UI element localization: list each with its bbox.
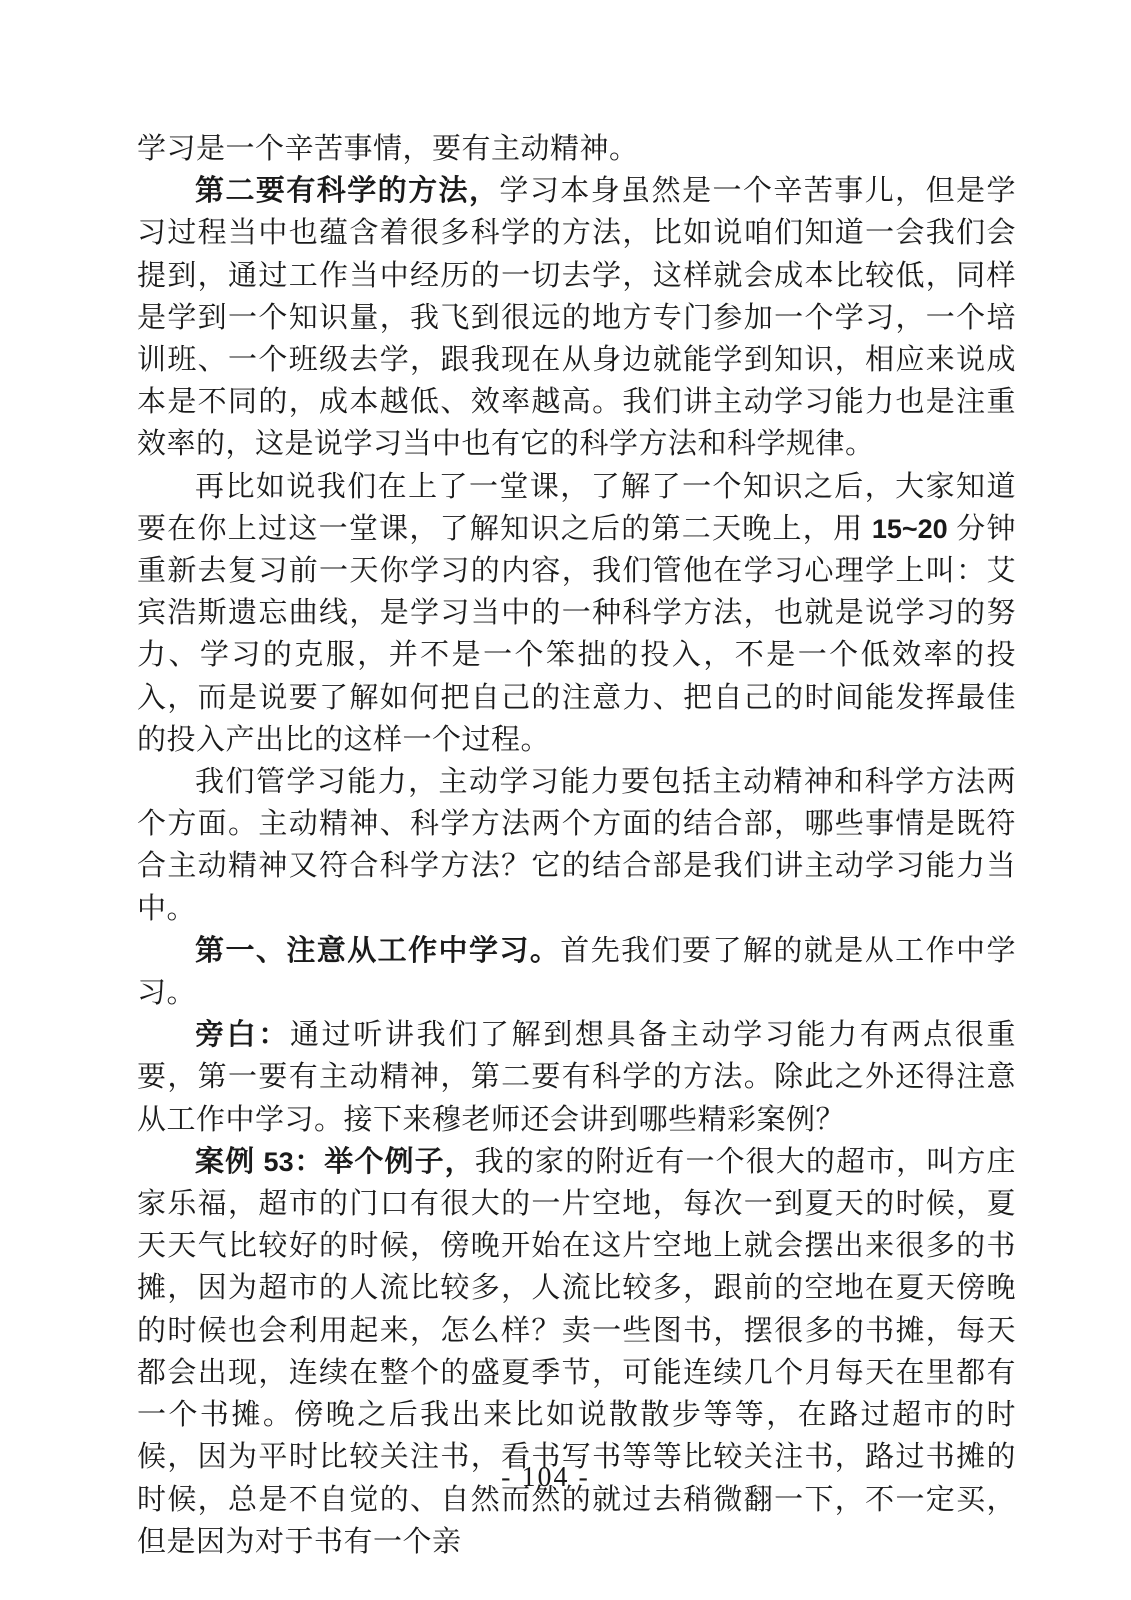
text-run: 我的家的附近有一个很大的超市，叫方庄家乐福，超市的门口有很大的一片空地，每次一到… <box>137 1146 1016 1558</box>
paragraph-7: 案例 53：举个例子，我的家的附近有一个很大的超市，叫方庄家乐福，超市的门口有很… <box>137 1141 1016 1563</box>
emphasis-run: 第一、注意从工作中学习。 <box>195 935 560 967</box>
paragraph-1: 学习是一个辛苦事情，要有主动精神。 <box>137 128 1016 170</box>
paragraph-3: 再比如说我们在上了一堂课，了解了一个知识之后，大家知道要在你上过这一堂课，了解知… <box>137 466 1016 761</box>
text-run: 15~20 <box>872 514 948 544</box>
page-body-text: 学习是一个辛苦事情，要有主动精神。第二要有科学的方法，学习本身虽然是一个辛苦事儿… <box>137 128 1016 1563</box>
text-run: 学习本身虽然是一个辛苦事儿，但是学习过程当中也蕴含着很多科学的方法，比如说咱们知… <box>137 175 1016 460</box>
text-run: 我们管学习能力，主动学习能力要包括主动精神和科学方法两个方面。主动精神、科学方法… <box>137 766 1016 925</box>
emphasis-run: 案例 <box>195 1146 264 1178</box>
paragraph-5: 第一、注意从工作中学习。首先我们要了解的就是从工作中学习。 <box>137 930 1016 1014</box>
document-page: 学习是一个辛苦事情，要有主动精神。第二要有科学的方法，学习本身虽然是一个辛苦事儿… <box>0 0 1131 1600</box>
emphasis-run: 第二要有科学的方法， <box>195 175 499 207</box>
paragraph-4: 我们管学习能力，主动学习能力要包括主动精神和科学方法两个方面。主动精神、科学方法… <box>137 761 1016 930</box>
paragraph-2: 第二要有科学的方法，学习本身虽然是一个辛苦事儿，但是学习过程当中也蕴含着很多科学… <box>137 170 1016 465</box>
text-run: 学习是一个辛苦事情，要有主动精神。 <box>137 133 639 165</box>
emphasis-run: ：举个例子， <box>294 1146 475 1178</box>
page-number: - 104 - <box>0 1462 1111 1494</box>
emphasis-run: 53 <box>264 1147 294 1177</box>
paragraph-6: 旁白：通过听讲我们了解到想具备主动学习能力有两点很重要，第一要有主动精神，第二要… <box>137 1014 1016 1141</box>
emphasis-run: 旁白： <box>195 1019 290 1051</box>
text-run: 分钟重新去复习前一天你学习的内容，我们管他在学习心理学上叫：艾宾浩斯遗忘曲线，是… <box>137 513 1016 756</box>
